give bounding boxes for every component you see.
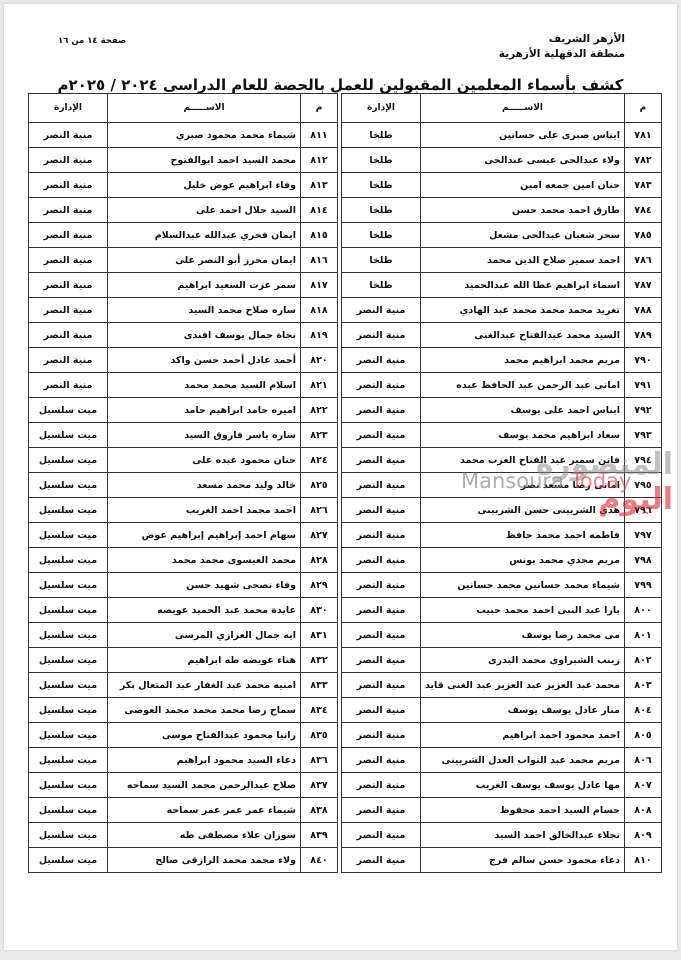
table-row: ٧٩١امانى عبد الرحمن عبد الحافظ عبدهمنية … bbox=[342, 373, 662, 398]
admin-district: منية النصر bbox=[342, 648, 421, 673]
row-number: ٨٣٥ bbox=[301, 723, 338, 748]
row-number: ٧٨٦ bbox=[624, 248, 661, 273]
admin-district: ميت سلسيل bbox=[29, 698, 108, 723]
row-number: ٨٣٦ bbox=[301, 748, 338, 773]
admin-district: منية النصر bbox=[342, 298, 421, 323]
teacher-name: رانيا محمود عبدالفتاح موسى bbox=[108, 723, 301, 748]
teacher-name: سهام احمد إبراهيم إبراهيم عوض bbox=[108, 523, 301, 548]
column-header-number: م bbox=[301, 94, 338, 123]
admin-district: منية النصر bbox=[342, 548, 421, 573]
admin-district: منية النصر bbox=[342, 623, 421, 648]
table-row: ٧٩٤فاتن سمير عبد الفتاح العزب محمدمنية ا… bbox=[342, 448, 662, 473]
row-number: ٨٣٧ bbox=[301, 773, 338, 798]
admin-district: منية النصر bbox=[342, 773, 421, 798]
table-row: ٨٠٢زينب الشبراوى محمد البدرىمنية النصر bbox=[342, 648, 662, 673]
admin-district: طلخا bbox=[342, 198, 421, 223]
admin-district: منية النصر bbox=[29, 123, 108, 148]
table-header-row: م الاســـــم الإدارة bbox=[29, 94, 338, 123]
row-number: ٧٩٥ bbox=[624, 473, 661, 498]
teacher-name: احمد سمير صلاح الدين محمد bbox=[421, 248, 625, 273]
table-row: ٨٣٢هناء عويضه طه ابراهيمميت سلسيل bbox=[29, 648, 338, 673]
admin-district: منية النصر bbox=[29, 273, 108, 298]
tables-container: م الاســـــم الإدارة ٧٨١ايناس صبرى على ح… bbox=[28, 93, 662, 873]
teacher-name: حنان امين جمعه امين bbox=[421, 173, 625, 198]
admin-district: طلخا bbox=[342, 173, 421, 198]
admin-district: منية النصر bbox=[29, 148, 108, 173]
admin-district: منية النصر bbox=[29, 173, 108, 198]
admin-district: منية النصر bbox=[29, 198, 108, 223]
table-header-row: م الاســـــم الإدارة bbox=[342, 94, 662, 123]
row-number: ٧٩٦ bbox=[624, 498, 661, 523]
admin-district: طلخا bbox=[342, 273, 421, 298]
row-number: ٧٨٢ bbox=[624, 148, 661, 173]
row-number: ٨٠٧ bbox=[624, 773, 661, 798]
teacher-name: السيد محمد عبدالفتاح عبدالغنى bbox=[421, 323, 625, 348]
teacher-name: ايناس صبرى على حسانين bbox=[421, 123, 625, 148]
admin-district: منية النصر bbox=[29, 348, 108, 373]
teacher-name: فاتن سمير عبد الفتاح العزب محمد bbox=[421, 448, 625, 473]
table-row: ٨٣٠عايدة محمد عبد الحميد عويضهميت سلسيل bbox=[29, 598, 338, 623]
teacher-name: ايناس احمد على يوسف bbox=[421, 398, 625, 423]
table-row: ٧٩٣سعاد ابراهيم محمد يوسفمنية النصر bbox=[342, 423, 662, 448]
row-number: ٨٢٦ bbox=[301, 498, 338, 523]
table-row: ٧٨٧اسماء ابراهيم عطا الله عبدالحميدطلخا bbox=[342, 273, 662, 298]
teacher-name: امنيه محمد عبد الغفار عبد المتعال بكر bbox=[108, 673, 301, 698]
row-number: ٨٢١ bbox=[301, 373, 338, 398]
teacher-name: حنان محمود عبده على bbox=[108, 448, 301, 473]
teachers-table-left: م الاســـــم الإدارة ٨١١شيماء محمد محمود… bbox=[28, 93, 338, 873]
row-number: ٨٣٢ bbox=[301, 648, 338, 673]
row-number: ٧٩٨ bbox=[624, 548, 661, 573]
admin-district: ميت سلسيل bbox=[29, 548, 108, 573]
admin-district: ميت سلسيل bbox=[29, 848, 108, 873]
column-header-name: الاســـــم bbox=[108, 94, 301, 123]
row-number: ٨٠١ bbox=[624, 623, 661, 648]
row-number: ٧٨٤ bbox=[624, 198, 661, 223]
row-number: ٨٢٣ bbox=[301, 423, 338, 448]
teacher-name: مها عادل يوسف يوسف الغريب bbox=[421, 773, 625, 798]
teacher-name: احمد محمد احمد الغريب bbox=[108, 498, 301, 523]
teacher-name: وفاء ابراهيم عوض خليل bbox=[108, 173, 301, 198]
row-number: ٨١١ bbox=[301, 123, 338, 148]
table-row: ٨٢٧سهام احمد إبراهيم إبراهيم عوضميت سلسي… bbox=[29, 523, 338, 548]
table-row: ٧٨٨تغريد محمد محمد محمد عبد الهاديمنية ا… bbox=[342, 298, 662, 323]
row-number: ٨٢٧ bbox=[301, 523, 338, 548]
teacher-name: منار عادل يوسف يوسف bbox=[421, 698, 625, 723]
table-row: ٨١٢محمد السيد احمد ابوالفتوحمنية النصر bbox=[29, 148, 338, 173]
teachers-table-right: م الاســـــم الإدارة ٧٨١ايناس صبرى على ح… bbox=[341, 93, 662, 873]
admin-district: ميت سلسيل bbox=[29, 573, 108, 598]
teacher-name: شيماء عمر عمر عمر سماحه bbox=[108, 798, 301, 823]
admin-district: ميت سلسيل bbox=[29, 798, 108, 823]
table-row: ٧٨٣حنان امين جمعه امينطلخا bbox=[342, 173, 662, 198]
table-row: ٨٣٩سوزان علاء مصطفى طهميت سلسيل bbox=[29, 823, 338, 848]
row-number: ٧٩٠ bbox=[624, 348, 661, 373]
teacher-name: شيماء محمد حسانين محمد حسانين bbox=[421, 573, 625, 598]
table-row: ٧٨٢ولاء عبدالحى عيسى عبدالحىطلخا bbox=[342, 148, 662, 173]
admin-district: منية النصر bbox=[342, 348, 421, 373]
row-number: ٨٣١ bbox=[301, 623, 338, 648]
admin-district: طلخا bbox=[342, 123, 421, 148]
table-row: ٨١٧سمر عزت السعيد ابراهيممنية النصر bbox=[29, 273, 338, 298]
table-row: ٨٠١مى محمد رضا يوسفمنية النصر bbox=[342, 623, 662, 648]
teacher-name: نجلاء عبدالخالق احمد السيد bbox=[421, 823, 625, 848]
admin-district: منية النصر bbox=[342, 398, 421, 423]
admin-district: منية النصر bbox=[342, 823, 421, 848]
admin-district: منية النصر bbox=[29, 323, 108, 348]
admin-district: ميت سلسيل bbox=[29, 773, 108, 798]
admin-district: منية النصر bbox=[342, 723, 421, 748]
admin-district: منية النصر bbox=[342, 423, 421, 448]
row-number: ٨٠٩ bbox=[624, 823, 661, 848]
teacher-name: سمر عزت السعيد ابراهيم bbox=[108, 273, 301, 298]
teacher-name: ايه جمال العزازي المرسى bbox=[108, 623, 301, 648]
row-number: ٨٠٣ bbox=[624, 673, 661, 698]
row-number: ٧٩٢ bbox=[624, 398, 661, 423]
admin-district: ميت سلسيل bbox=[29, 823, 108, 848]
row-number: ٧٩٤ bbox=[624, 448, 661, 473]
teacher-name: ساره صلاح محمد السيد bbox=[108, 298, 301, 323]
table-row: ٧٨٦احمد سمير صلاح الدين محمدطلخا bbox=[342, 248, 662, 273]
teacher-name: هدى الشربينى حسن الشربينى bbox=[421, 498, 625, 523]
row-number: ٧٨٥ bbox=[624, 223, 661, 248]
teacher-name: زينب الشبراوى محمد البدرى bbox=[421, 648, 625, 673]
row-number: ٨١٨ bbox=[301, 298, 338, 323]
admin-district: منية النصر bbox=[342, 373, 421, 398]
row-number: ٧٩٩ bbox=[624, 573, 661, 598]
table-row: ٨٢٣ساره ياسر فاروق السيدميت سلسيل bbox=[29, 423, 338, 448]
table-row: ٨٢٥خالد وليد محمد مسعدميت سلسيل bbox=[29, 473, 338, 498]
teacher-name: هناء عويضه طه ابراهيم bbox=[108, 648, 301, 673]
row-number: ٨١٧ bbox=[301, 273, 338, 298]
row-number: ٧٨٧ bbox=[624, 273, 661, 298]
teacher-name: أحمد عادل أحمد حسن واكد bbox=[108, 348, 301, 373]
row-number: ٨٢٠ bbox=[301, 348, 338, 373]
admin-district: منية النصر bbox=[342, 698, 421, 723]
table-row: ٨٣١ايه جمال العزازي المرسىميت سلسيل bbox=[29, 623, 338, 648]
row-number: ٨٣٨ bbox=[301, 798, 338, 823]
table-row: ٨٢٨محمد العيسوى محمد محمدميت سلسيل bbox=[29, 548, 338, 573]
admin-district: منية النصر bbox=[342, 473, 421, 498]
admin-district: منية النصر bbox=[342, 323, 421, 348]
row-number: ٨١٦ bbox=[301, 248, 338, 273]
teacher-name: فاطمه احمد محمد حافظ bbox=[421, 523, 625, 548]
table-row: ٧٨٥سحر شعبان عبدالحى مشعلطلخا bbox=[342, 223, 662, 248]
row-number: ٧٨٣ bbox=[624, 173, 661, 198]
admin-district: منية النصر bbox=[342, 498, 421, 523]
teacher-name: سحر شعبان عبدالحى مشعل bbox=[421, 223, 625, 248]
admin-district: ميت سلسيل bbox=[29, 423, 108, 448]
row-number: ٨٠٨ bbox=[624, 798, 661, 823]
teacher-name: احمد محمود احمد ابراهيم bbox=[421, 723, 625, 748]
row-number: ٨٣٤ bbox=[301, 698, 338, 723]
organization-header: الأزهر الشريف منطقة الدقهلية الأزهرية bbox=[499, 32, 625, 62]
row-number: ٨٢٨ bbox=[301, 548, 338, 573]
admin-district: ميت سلسيل bbox=[29, 398, 108, 423]
table-row: ٨١٩نجاة جمال يوسف افندىمنية النصر bbox=[29, 323, 338, 348]
teacher-name: السيد جلال احمد على bbox=[108, 198, 301, 223]
row-number: ٨١٩ bbox=[301, 323, 338, 348]
teacher-name: صلاح عبدالرحمن محمد السيد سماحه bbox=[108, 773, 301, 798]
row-number: ٨٠٢ bbox=[624, 648, 661, 673]
table-row: ٧٩٧فاطمه احمد محمد حافظمنية النصر bbox=[342, 523, 662, 548]
region-name: منطقة الدقهلية الأزهرية bbox=[499, 47, 625, 62]
row-number: ٨١٢ bbox=[301, 148, 338, 173]
table-row: ٨٠٨حسام السيد احمد محفوظمنية النصر bbox=[342, 798, 662, 823]
admin-district: منية النصر bbox=[29, 223, 108, 248]
table-row: ٨٣٣امنيه محمد عبد الغفار عبد المتعال بكر… bbox=[29, 673, 338, 698]
row-number: ٨٣٣ bbox=[301, 673, 338, 698]
table-row: ٨١٣وفاء ابراهيم عوض خليلمنية النصر bbox=[29, 173, 338, 198]
admin-district: منية النصر bbox=[342, 798, 421, 823]
table-row: ٧٨١ايناس صبرى على حسانينطلخا bbox=[342, 123, 662, 148]
row-number: ٨٣٠ bbox=[301, 598, 338, 623]
column-header-number: م bbox=[624, 94, 661, 123]
table-row: ٧٩٥امانى رضا مسعد نصرمنية النصر bbox=[342, 473, 662, 498]
row-number: ٨٢٤ bbox=[301, 448, 338, 473]
admin-district: منية النصر bbox=[342, 598, 421, 623]
admin-district: ميت سلسيل bbox=[29, 748, 108, 773]
admin-district: ميت سلسيل bbox=[29, 648, 108, 673]
teacher-name: طارق احمد محمد حسن bbox=[421, 198, 625, 223]
row-number: ٨٠٦ bbox=[624, 748, 661, 773]
teacher-name: محمد السيد احمد ابوالفتوح bbox=[108, 148, 301, 173]
teacher-name: سعاد ابراهيم محمد يوسف bbox=[421, 423, 625, 448]
teacher-name: عايدة محمد عبد الحميد عويضه bbox=[108, 598, 301, 623]
teacher-name: امانى عبد الرحمن عبد الحافظ عبده bbox=[421, 373, 625, 398]
teacher-name: وفاء نصحى شهيد حسن bbox=[108, 573, 301, 598]
admin-district: منية النصر bbox=[29, 248, 108, 273]
admin-district: ميت سلسيل bbox=[29, 723, 108, 748]
admin-district: طلخا bbox=[342, 223, 421, 248]
table-row: ٨٠٧مها عادل يوسف يوسف الغريبمنية النصر bbox=[342, 773, 662, 798]
teacher-name: ايمان محرز أبو النصر على bbox=[108, 248, 301, 273]
teacher-name: اميره حامد ابراهيم حامد bbox=[108, 398, 301, 423]
table-row: ٨٣٥رانيا محمود عبدالفتاح موسىميت سلسيل bbox=[29, 723, 338, 748]
admin-district: منية النصر bbox=[29, 373, 108, 398]
table-row: ٨٣٨شيماء عمر عمر عمر سماحهميت سلسيل bbox=[29, 798, 338, 823]
table-row: ٨١٠دعاء محمود حسن سالم فرجمنية النصر bbox=[342, 848, 662, 873]
teacher-name: امانى رضا مسعد نصر bbox=[421, 473, 625, 498]
admin-district: منية النصر bbox=[29, 298, 108, 323]
table-row: ٨١١شيماء محمد محمود صبريمنية النصر bbox=[29, 123, 338, 148]
teacher-name: محمد عبد العزيز عبد العزيز عبد الغنى قاي… bbox=[421, 673, 625, 698]
row-number: ٧٩٧ bbox=[624, 523, 661, 548]
teacher-name: سماح رضا محمد محمد محمد العوضى bbox=[108, 698, 301, 723]
column-header-name: الاســـــم bbox=[421, 94, 625, 123]
table-row: ٨٢٦احمد محمد احمد الغريبميت سلسيل bbox=[29, 498, 338, 523]
teacher-name: مريم محمد ابراهيم محمد bbox=[421, 348, 625, 373]
table-row: ٨٢٠أحمد عادل أحمد حسن واكدمنية النصر bbox=[29, 348, 338, 373]
document-title: كشف بأسماء المعلمين المقبولين للعمل بالح… bbox=[4, 76, 677, 94]
admin-district: منية النصر bbox=[342, 573, 421, 598]
table-row: ٧٩٠مريم محمد ابراهيم محمدمنية النصر bbox=[342, 348, 662, 373]
table-row: ٧٩٢ايناس احمد على يوسفمنية النصر bbox=[342, 398, 662, 423]
admin-district: منية النصر bbox=[342, 673, 421, 698]
row-number: ٧٩١ bbox=[624, 373, 661, 398]
table-row: ٨٢٤حنان محمود عبده علىميت سلسيل bbox=[29, 448, 338, 473]
admin-district: ميت سلسيل bbox=[29, 498, 108, 523]
teacher-name: مريم محمد عبد التواب العدل الشربينى bbox=[421, 748, 625, 773]
teacher-name: ساره ياسر فاروق السيد bbox=[108, 423, 301, 448]
admin-district: ميت سلسيل bbox=[29, 623, 108, 648]
admin-district: ميت سلسيل bbox=[29, 598, 108, 623]
teacher-name: ايمان فخري عبدالله عبدالسلام bbox=[108, 223, 301, 248]
teacher-name: ولاء محمد محمد الرازقى صالح bbox=[108, 848, 301, 873]
admin-district: ميت سلسيل bbox=[29, 448, 108, 473]
admin-district: منية النصر bbox=[342, 748, 421, 773]
row-number: ٨١٣ bbox=[301, 173, 338, 198]
admin-district: طلخا bbox=[342, 248, 421, 273]
teacher-name: حسام السيد احمد محفوظ bbox=[421, 798, 625, 823]
admin-district: منية النصر bbox=[342, 523, 421, 548]
admin-district: منية النصر bbox=[342, 448, 421, 473]
org-name: الأزهر الشريف bbox=[499, 32, 625, 47]
table-row: ٧٩٩شيماء محمد حسانين محمد حسانينمنية الن… bbox=[342, 573, 662, 598]
table-row: ٨١٤السيد جلال احمد علىمنية النصر bbox=[29, 198, 338, 223]
row-number: ٧٨٩ bbox=[624, 323, 661, 348]
row-number: ٨٢٢ bbox=[301, 398, 338, 423]
teacher-name: مريم مجدي محمد يونس bbox=[421, 548, 625, 573]
table-row: ٨٣٦دعاء السيد محمود ابراهيمميت سلسيل bbox=[29, 748, 338, 773]
teacher-name: دعاء محمود حسن سالم فرج bbox=[421, 848, 625, 873]
table-row: ٧٩٨مريم مجدي محمد يونسمنية النصر bbox=[342, 548, 662, 573]
teacher-name: نجاة جمال يوسف افندى bbox=[108, 323, 301, 348]
row-number: ٧٨٨ bbox=[624, 298, 661, 323]
teacher-name: محمد العيسوى محمد محمد bbox=[108, 548, 301, 573]
table-row: ٨١٨ساره صلاح محمد السيدمنية النصر bbox=[29, 298, 338, 323]
row-number: ٨٠٥ bbox=[624, 723, 661, 748]
column-header-admin: الإدارة bbox=[342, 94, 421, 123]
admin-district: منية النصر bbox=[342, 848, 421, 873]
row-number: ٨٣٩ bbox=[301, 823, 338, 848]
teacher-name: تغريد محمد محمد محمد عبد الهادي bbox=[421, 298, 625, 323]
row-number: ٨١٥ bbox=[301, 223, 338, 248]
teacher-name: شيماء محمد محمود صبري bbox=[108, 123, 301, 148]
teacher-name: دعاء السيد محمود ابراهيم bbox=[108, 748, 301, 773]
row-number: ٨٠٤ bbox=[624, 698, 661, 723]
row-number: ٨١٤ bbox=[301, 198, 338, 223]
teacher-name: سوزان علاء مصطفى طه bbox=[108, 823, 301, 848]
admin-district: ميت سلسيل bbox=[29, 473, 108, 498]
column-header-admin: الإدارة bbox=[29, 94, 108, 123]
table-row: ٨٠٦مريم محمد عبد التواب العدل الشربينىمن… bbox=[342, 748, 662, 773]
row-number: ٨٠٠ bbox=[624, 598, 661, 623]
table-row: ٨٠٤منار عادل يوسف يوسفمنية النصر bbox=[342, 698, 662, 723]
admin-district: ميت سلسيل bbox=[29, 523, 108, 548]
teacher-name: يارا عبد النبى احمد محمد حبيب bbox=[421, 598, 625, 623]
table-row: ٨١٥ايمان فخري عبدالله عبدالسلاممنية النص… bbox=[29, 223, 338, 248]
teacher-name: ولاء عبدالحى عيسى عبدالحى bbox=[421, 148, 625, 173]
table-row: ٨٤٠ولاء محمد محمد الرازقى صالحميت سلسيل bbox=[29, 848, 338, 873]
table-row: ٧٨٩السيد محمد عبدالفتاح عبدالغنىمنية الن… bbox=[342, 323, 662, 348]
table-row: ٨٠٩نجلاء عبدالخالق احمد السيدمنية النصر bbox=[342, 823, 662, 848]
table-row: ٨٣٤سماح رضا محمد محمد محمد العوضىميت سلس… bbox=[29, 698, 338, 723]
table-row: ٨٢٢اميره حامد ابراهيم حامدميت سلسيل bbox=[29, 398, 338, 423]
table-row: ٨٠٠يارا عبد النبى احمد محمد حبيبمنية الن… bbox=[342, 598, 662, 623]
teacher-name: اسلام السيد محمد محمد bbox=[108, 373, 301, 398]
table-row: ٧٨٤طارق احمد محمد حسنطلخا bbox=[342, 198, 662, 223]
row-number: ٧٨١ bbox=[624, 123, 661, 148]
row-number: ٨٢٩ bbox=[301, 573, 338, 598]
table-row: ٨٢٩وفاء نصحى شهيد حسنميت سلسيل bbox=[29, 573, 338, 598]
table-row: ٨١٦ايمان محرز أبو النصر علىمنية النصر bbox=[29, 248, 338, 273]
row-number: ٨٤٠ bbox=[301, 848, 338, 873]
teacher-name: اسماء ابراهيم عطا الله عبدالحميد bbox=[421, 273, 625, 298]
teacher-name: مى محمد رضا يوسف bbox=[421, 623, 625, 648]
table-row: ٨٠٣محمد عبد العزيز عبد العزيز عبد الغنى … bbox=[342, 673, 662, 698]
teacher-name: خالد وليد محمد مسعد bbox=[108, 473, 301, 498]
table-row: ٨٢١اسلام السيد محمد محمدمنية النصر bbox=[29, 373, 338, 398]
admin-district: ميت سلسيل bbox=[29, 673, 108, 698]
row-number: ٧٩٣ bbox=[624, 423, 661, 448]
admin-district: طلخا bbox=[342, 148, 421, 173]
row-number: ٨١٠ bbox=[624, 848, 661, 873]
row-number: ٨٢٥ bbox=[301, 473, 338, 498]
table-row: ٧٩٦هدى الشربينى حسن الشربينىمنية النصر bbox=[342, 498, 662, 523]
table-row: ٨٣٧صلاح عبدالرحمن محمد السيد سماحهميت سل… bbox=[29, 773, 338, 798]
page-number: صفحة ١٤ من ١٦ bbox=[58, 36, 126, 46]
table-row: ٨٠٥احمد محمود احمد ابراهيممنية النصر bbox=[342, 723, 662, 748]
